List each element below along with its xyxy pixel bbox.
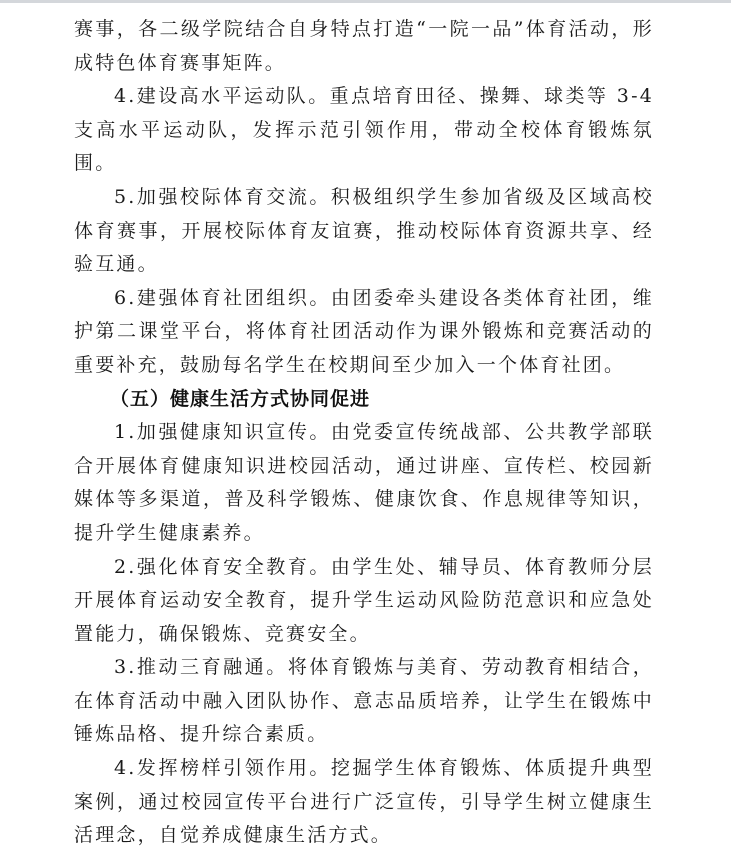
paragraph-item-2-safety-education: 2.强化体育安全教育。由学生处、辅导员、体育教师分层开展体育运动安全教育，提升学… <box>74 551 654 652</box>
paragraph-continuation: 赛事，各二级学院结合自身特点打造“一院一品”体育活动，形成特色体育赛事矩阵。 <box>74 13 654 80</box>
paragraph-item-4-role-models: 4.发挥榜样引领作用。挖掘学生体育锻炼、体质提升典型案例，通过校园宣传平台进行广… <box>74 752 654 850</box>
paragraph-item-1-health-knowledge: 1.加强健康知识宣传。由党委宣传统战部、公共教学部联合开展体育健康知识进校园活动… <box>74 416 654 550</box>
paragraph-item-5-interschool-exchange: 5.加强校际体育交流。积极组织学生参加省级及区域高校体育赛事，开展校际体育友谊赛… <box>74 181 654 282</box>
paragraph-item-4-sports-teams: 4.建设高水平运动队。重点培育田径、操舞、球类等 3-4 支高水平运动队，发挥示… <box>74 80 654 181</box>
paragraph-item-3-integrated-education: 3.推动三育融通。将体育锻炼与美育、劳动教育相结合，在体育活动中融入团队协作、意… <box>74 651 654 752</box>
paragraph-item-6-sports-clubs: 6.建强体育社团组织。由团委牵头建设各类体育社团，维护第二课堂平台，将体育社团活… <box>74 282 654 383</box>
section-heading-healthy-lifestyle: （五）健康生活方式协同促进 <box>74 383 654 417</box>
document-page: 赛事，各二级学院结合自身特点打造“一院一品”体育活动，形成特色体育赛事矩阵。 4… <box>74 13 654 850</box>
